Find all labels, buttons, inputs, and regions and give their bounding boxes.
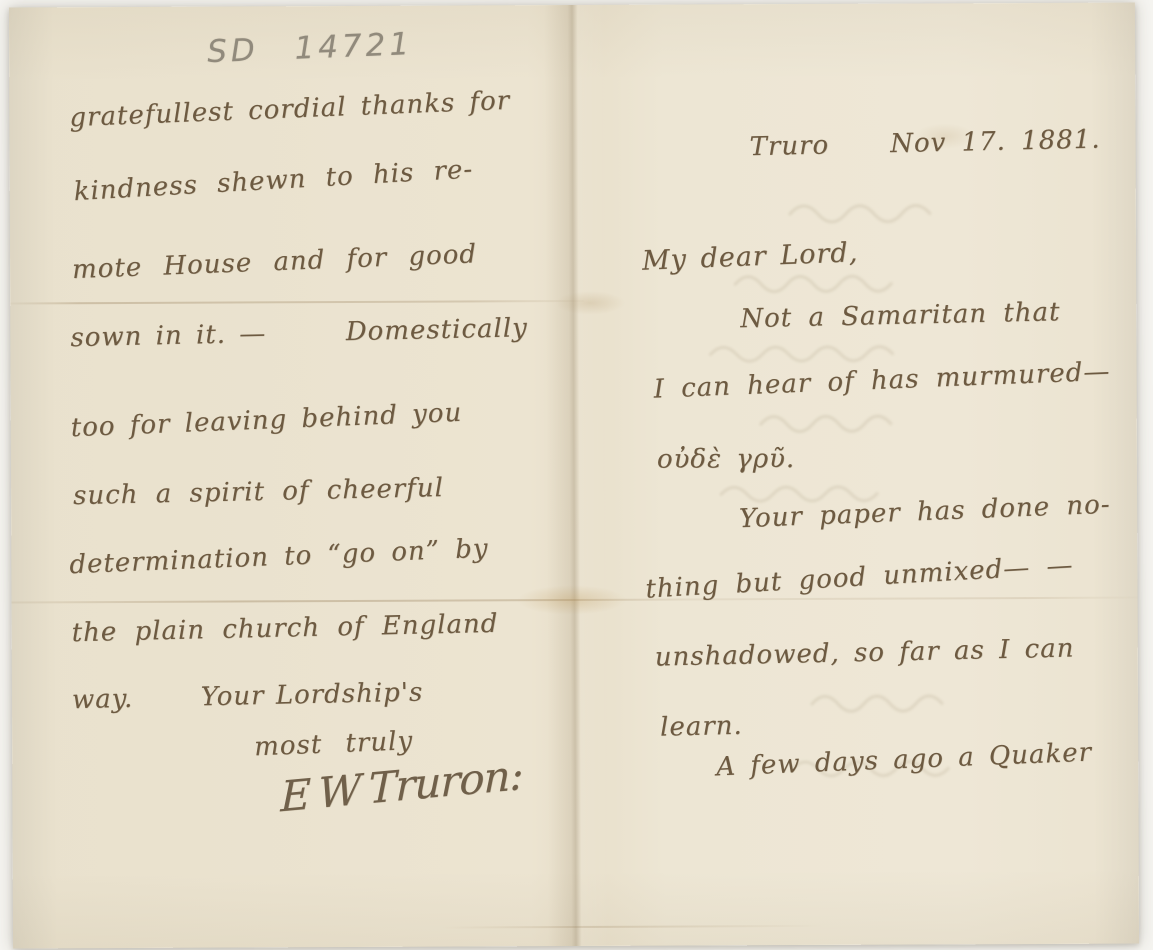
paper-stain: [555, 291, 625, 315]
fold-crease-lower: [12, 597, 1138, 604]
handwritten-line: way. Your Lordship's: [72, 678, 424, 716]
handwritten-line: kindness shewn to his re-: [73, 155, 474, 208]
handwritten-line: thing but good unmixed— —: [645, 550, 1075, 604]
salutation: My dear Lord,: [641, 237, 858, 276]
fold-crease-upper: [10, 300, 584, 305]
dateline: Truro Nov 17. 1881.: [749, 125, 1101, 163]
handwritten-line: I can hear of has murmured—: [653, 357, 1111, 405]
letter-scan: SD 14721 gratefullest cordial thanks for…: [0, 0, 1153, 950]
handwritten-line: unshadowed, so far as I can: [654, 633, 1074, 672]
handwritten-line: Your paper has done no-: [739, 490, 1112, 535]
fold-crease-bottom: [441, 925, 824, 929]
handwritten-line: the plain church of England: [71, 609, 498, 648]
letter-paper: SD 14721 gratefullest cordial thanks for…: [9, 3, 1139, 949]
handwritten-line: most truly: [254, 726, 414, 762]
handwritten-line: learn.: [660, 711, 743, 743]
signature: E W Truron:: [280, 750, 523, 822]
greek-phrase: οὐδὲ γρῦ.: [657, 444, 795, 475]
handwritten-line: gratefullest cordial thanks for: [69, 86, 511, 133]
paper-stain: [516, 585, 626, 615]
left-page: gratefullest cordial thanks forkindness …: [9, 3, 1135, 8]
handwritten-line: A few days ago a Quaker: [716, 738, 1093, 783]
handwritten-line: determination to “go on” by: [69, 534, 489, 580]
handwritten-line: mote House and for good: [72, 239, 478, 285]
handwritten-line: sown in it. — Domestically: [70, 313, 528, 353]
handwritten-line: too for leaving behind you: [70, 398, 463, 443]
handwritten-line: Not a Samaritan that: [740, 297, 1061, 334]
archive-catalogue-note: SD 14721: [207, 26, 414, 70]
handwritten-line: such a spirit of cheerful: [73, 473, 444, 511]
right-page: Truro Nov 17. 1881.My dear Lord,Not a Sa…: [9, 3, 1135, 8]
